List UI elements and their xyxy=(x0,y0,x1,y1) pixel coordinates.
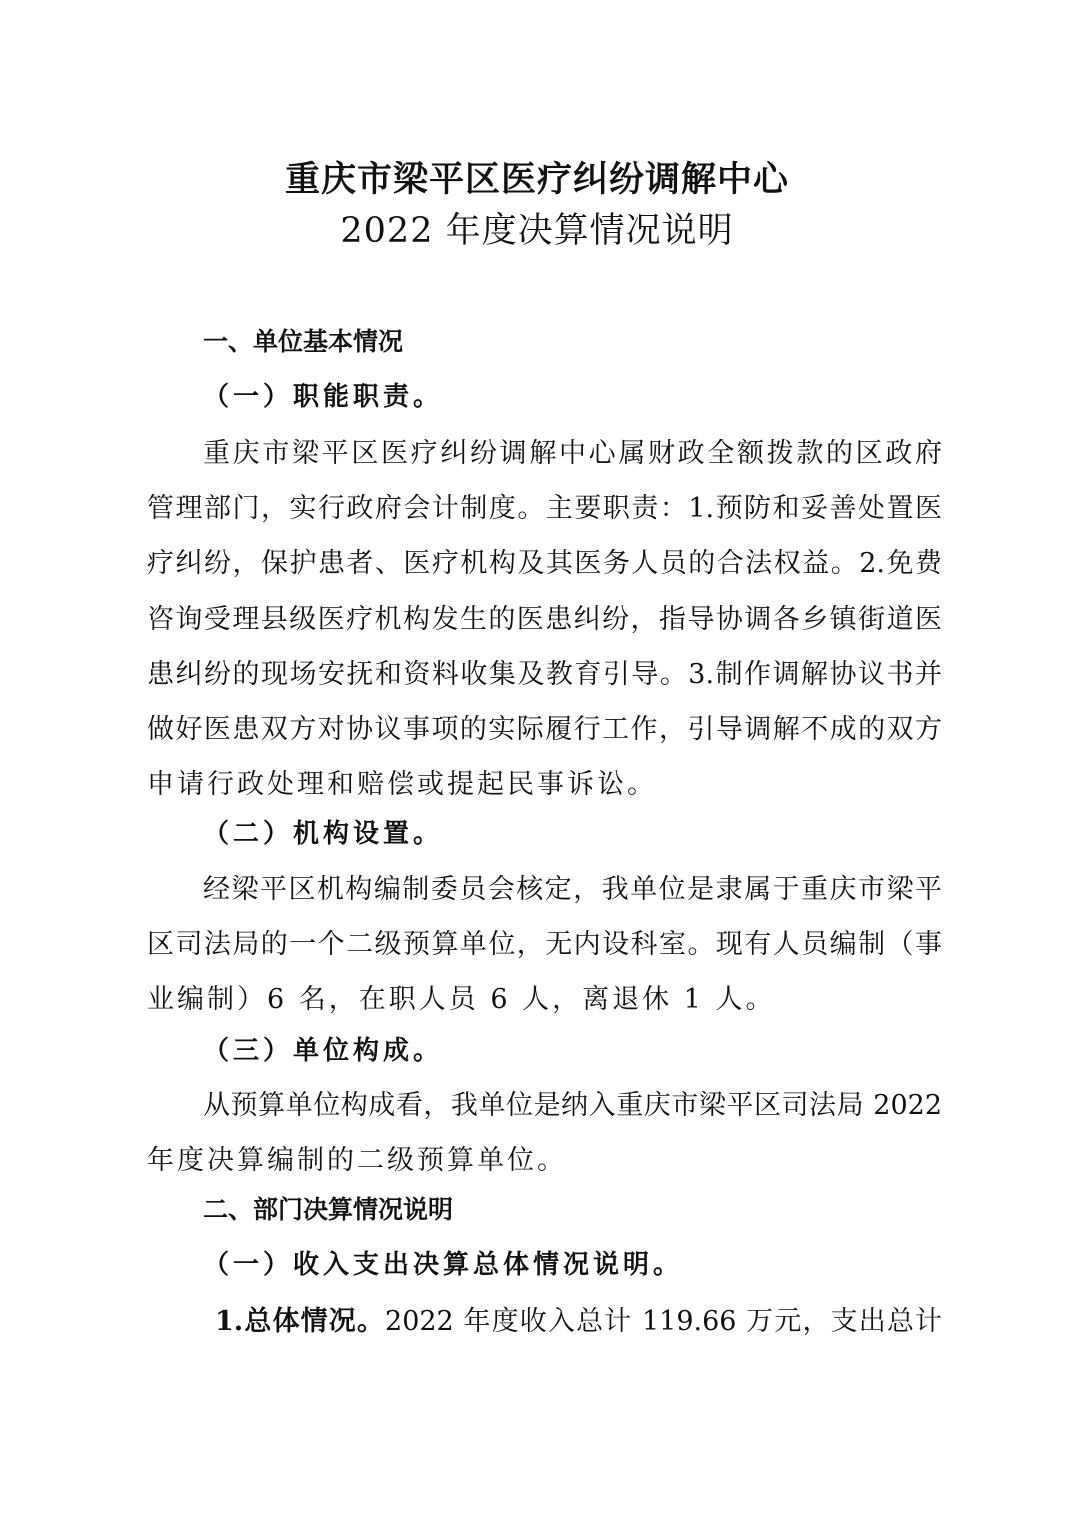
overview-lead: 1.总体情况。 xyxy=(215,1306,385,1337)
paragraph-line-overview: 1.总体情况。2022 年度收入总计 119.66 万元，支出总计 xyxy=(215,1299,942,1338)
overview-text: 2022 年度收入总计 119.66 万元，支出总计 xyxy=(385,1306,942,1337)
paragraph-line: 重庆市梁平区医疗纠纷调解中心属财政全额拨款的区政府 xyxy=(203,431,942,470)
paragraph-line: 从预算单位构成看，我单位是纳入重庆市梁平区司法局 2022 xyxy=(203,1083,942,1122)
subheading-composition: （三）单位构成。 xyxy=(203,1030,942,1067)
subheading-organization: （二）机构设置。 xyxy=(203,813,942,850)
paragraph-line: 疗纠纷，保护患者、医疗机构及其医务人员的合法权益。2.免费 xyxy=(147,541,942,580)
document-page: 重庆市梁平区医疗纠纷调解中心 2022 年度决算情况说明 一、单位基本情况 （一… xyxy=(0,0,1074,1520)
section-heading-1: 一、单位基本情况 xyxy=(203,322,942,358)
document-title-line2: 2022 年度决算情况说明 xyxy=(0,203,1074,253)
section-heading-2: 二、部门决算情况说明 xyxy=(203,1190,942,1226)
document-title-line1: 重庆市梁平区医疗纠纷调解中心 xyxy=(0,152,1074,202)
paragraph-line: 患纠纷的现场安抚和资料收集及教育引导。3.制作调解协议书并 xyxy=(147,652,942,691)
paragraph-line: 经梁平区机构编制委员会核定，我单位是隶属于重庆市梁平 xyxy=(203,867,942,906)
paragraph-line: 申请行政处理和赔偿或提起民事诉讼。 xyxy=(147,762,942,801)
paragraph-line: 做好医患双方对协议事项的实际履行工作，引导调解不成的双方 xyxy=(147,707,942,746)
paragraph-line: 区司法局的一个二级预算单位，无内设科室。现有人员编制（事 xyxy=(147,922,942,961)
paragraph-line: 管理部门，实行政府会计制度。主要职责：1.预防和妥善处置医 xyxy=(147,486,942,525)
subheading-income-expense: （一）收入支出决算总体情况说明。 xyxy=(203,1244,942,1281)
paragraph-line: 咨询受理县级医疗机构发生的医患纠纷，指导协调各乡镇街道医 xyxy=(147,597,942,636)
subheading-functions: （一）职能职责。 xyxy=(203,376,942,413)
paragraph-line: 年度决算编制的二级预算单位。 xyxy=(147,1138,942,1177)
paragraph-line: 业编制）6 名，在职人员 6 人，离退休 1 人。 xyxy=(147,977,942,1016)
